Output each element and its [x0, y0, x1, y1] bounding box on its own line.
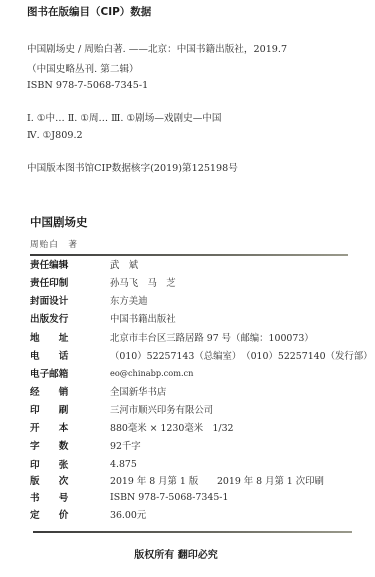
info-value: 孙马飞 马 芝 — [110, 275, 176, 289]
info-value: 92千字 — [110, 438, 141, 452]
cip-line-subjects: Ⅰ. ①中… Ⅱ. ①周… Ⅲ. ①剧场—戏剧史—中国 — [27, 110, 221, 124]
info-label: 版 次 — [30, 473, 80, 487]
info-value: 武 斌 — [110, 257, 138, 271]
info-value: 4.875 — [110, 459, 137, 470]
book-author: 周贻白 著 — [30, 238, 78, 250]
info-value: 中国书籍出版社 — [110, 311, 176, 325]
info-value: 880毫米 × 1230毫米 1/32 — [110, 420, 234, 434]
info-value: 东方美迪 — [110, 293, 148, 307]
info-value: 全国新华书店 — [110, 384, 166, 398]
info-row-phone: 电 话 （010）52257143（总编室） （010）52257140（发行部… — [30, 346, 80, 364]
info-label: 书 号 — [30, 490, 80, 504]
info-label: 印 张 — [30, 457, 80, 471]
cip-line-title: 中国剧场史 / 周贻白著. ——北京：中国书籍出版社，2019.7 — [27, 41, 287, 55]
info-label: 责任编辑 — [30, 257, 80, 271]
info-row-email: 电子邮箱 eo@chinabp.com.cn — [30, 364, 80, 382]
info-label: 印 刷 — [30, 402, 80, 416]
cip-line-series: （中国史略丛刊. 第二辑） — [27, 61, 139, 75]
info-value: 2019 年 8 月第 1 版 2019 年 8 月第 1 次印刷 — [110, 473, 324, 487]
info-value: 36.00元 — [110, 507, 146, 521]
info-label: 地 址 — [30, 330, 80, 344]
info-row-cover-design: 封面设计 东方美迪 — [30, 291, 80, 309]
bottom-divider — [33, 531, 352, 533]
info-label: 封面设计 — [30, 293, 80, 307]
cip-line-classification: Ⅳ. ①J809.2 — [27, 130, 83, 141]
info-row-print-supervisor: 责任印制 孙马飞 马 芝 — [30, 273, 80, 291]
info-row-distributor: 经 销 全国新华书店 — [30, 382, 80, 400]
info-row-edition: 版 次 2019 年 8 月第 1 版 2019 年 8 月第 1 次印刷 — [30, 471, 80, 489]
info-label: 定 价 — [30, 507, 80, 521]
info-label: 责任印制 — [30, 275, 80, 289]
info-value: （010）52257143（总编室） （010）52257140（发行部） — [110, 348, 372, 362]
book-title: 中国剧场史 — [30, 214, 88, 230]
info-label: 出版发行 — [30, 311, 80, 325]
info-label: 电子邮箱 — [30, 366, 80, 380]
info-row-price: 定 价 36.00元 — [30, 505, 80, 523]
info-label: 经 销 — [30, 384, 80, 398]
info-label: 字 数 — [30, 438, 80, 452]
info-value: 北京市丰台区三路居路 97 号（邮编：100073） — [110, 330, 314, 344]
info-row-isbn: 书 号 ISBN 978-7-5068-7345-1 — [30, 488, 80, 506]
info-value: 三河市顺兴印务有限公司 — [110, 402, 213, 416]
info-row-word-count: 字 数 92千字 — [30, 436, 80, 454]
cip-heading: 图书在版编目（CIP）数据 — [27, 4, 151, 19]
cip-line-isbn: ISBN 978-7-5068-7345-1 — [27, 80, 148, 91]
info-row-publisher: 出版发行 中国书籍出版社 — [30, 309, 80, 327]
copyright-notice: 版权所有 翻印必究 — [0, 546, 352, 561]
info-row-editor: 责任编辑 武 斌 — [30, 255, 80, 273]
email-link[interactable]: eo@chinabp.com.cn — [110, 368, 193, 378]
info-value: ISBN 978-7-5068-7345-1 — [110, 492, 228, 503]
info-row-address: 地 址 北京市丰台区三路居路 97 号（邮编：100073） — [30, 328, 80, 346]
info-row-format: 开 本 880毫米 × 1230毫米 1/32 — [30, 418, 80, 436]
info-label: 电 话 — [30, 348, 80, 362]
cip-line-approval-number: 中国版本图书馆CIP数据核字(2019)第125198号 — [27, 160, 238, 174]
info-row-printer: 印 刷 三河市顺兴印务有限公司 — [30, 400, 80, 418]
info-label: 开 本 — [30, 420, 80, 434]
